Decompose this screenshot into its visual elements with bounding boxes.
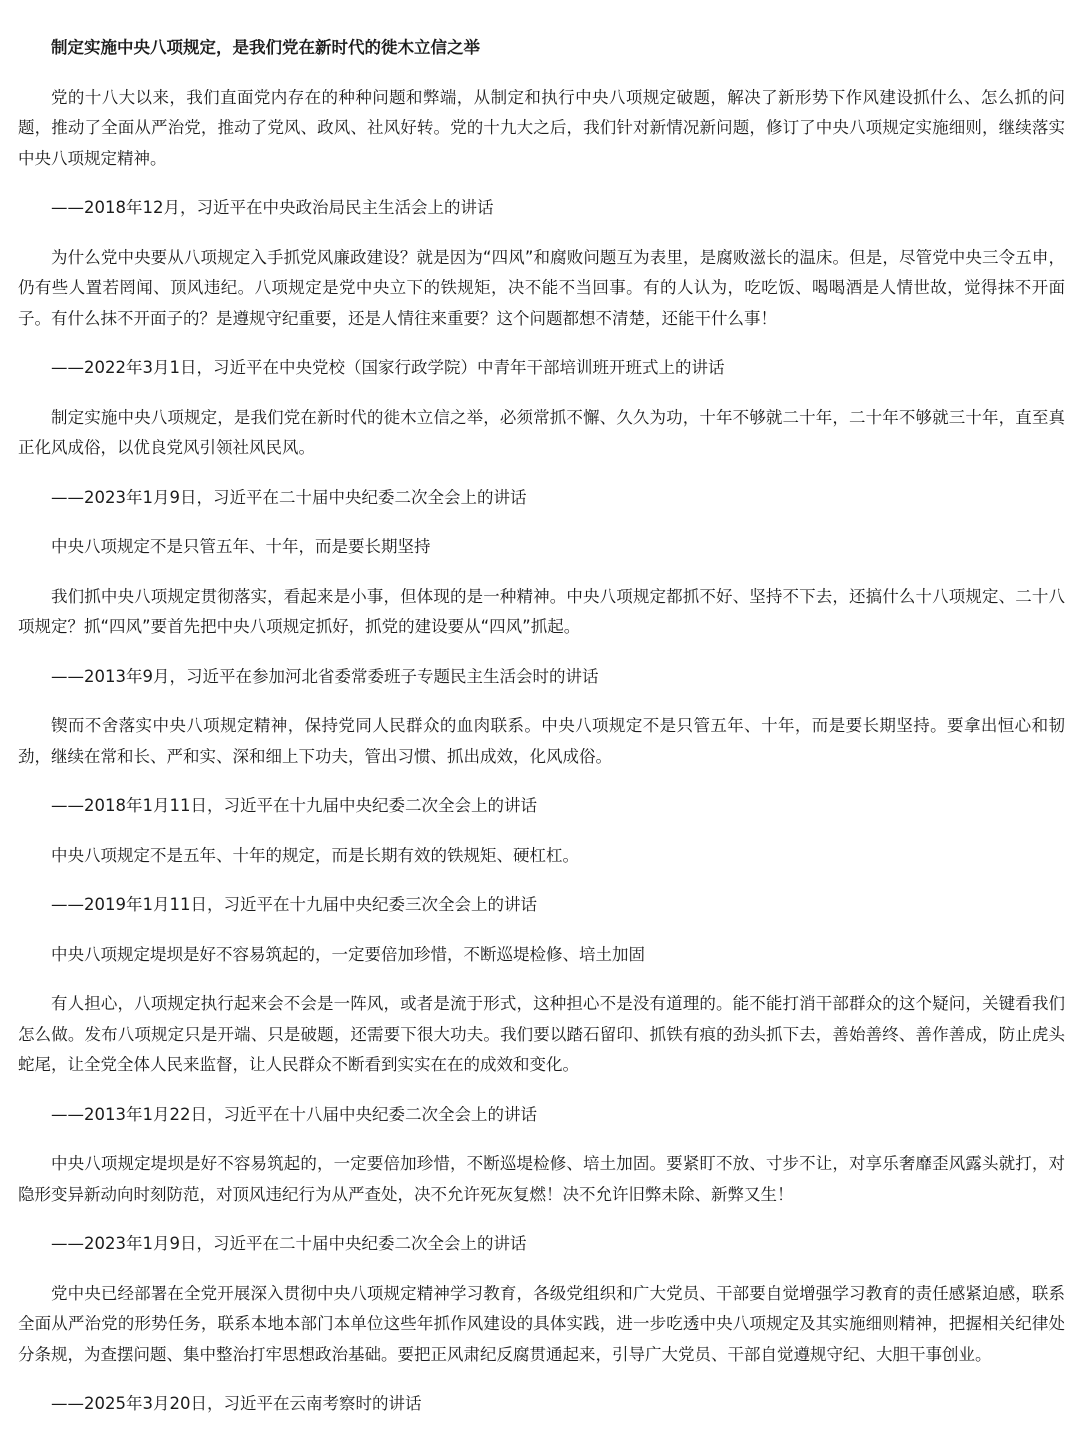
section-subtitle: 中央八项规定不是只管五年、十年，而是要长期坚持	[18, 532, 1065, 563]
body-paragraph: 中央八项规定堤坝是好不容易筑起的，一定要倍加珍惜，不断巡堤检修、培土加固。要紧盯…	[18, 1149, 1065, 1210]
body-paragraph: 我们抓中央八项规定贯彻落实，看起来是小事，但体现的是一种精神。中央八项规定都抓不…	[18, 582, 1065, 643]
body-paragraph: 锲而不舍落实中央八项规定精神，保持党同人民群众的血肉联系。中央八项规定不是只管五…	[18, 711, 1065, 772]
body-paragraph: 中央八项规定不是五年、十年的规定，而是长期有效的铁规矩、硬杠杠。	[18, 841, 1065, 872]
quote-attribution: ——2019年1月11日，习近平在十九届中央纪委三次全会上的讲话	[18, 890, 1065, 921]
body-paragraph: 党的十八大以来，我们直面党内存在的种种问题和弊端，从制定和执行中央八项规定破题，…	[18, 83, 1065, 175]
quote-attribution: ——2025年3月20日，习近平在云南考察时的讲话	[18, 1389, 1065, 1420]
body-paragraph: 制定实施中央八项规定，是我们党在新时代的徙木立信之举，必须常抓不懈、久久为功，十…	[18, 403, 1065, 464]
body-paragraph: 为什么党中央要从八项规定入手抓党风廉政建设？就是因为“四风”和腐败问题互为表里，…	[18, 243, 1065, 335]
document-title: 制定实施中央八项规定，是我们党在新时代的徙木立信之举	[18, 33, 1065, 64]
quote-attribution: ——2013年1月22日，习近平在十八届中央纪委二次全会上的讲话	[18, 1100, 1065, 1131]
quote-attribution: ——2023年1月9日，习近平在二十届中央纪委二次全会上的讲话	[18, 1229, 1065, 1260]
section-subtitle: 中央八项规定堤坝是好不容易筑起的，一定要倍加珍惜，不断巡堤检修、培土加固	[18, 940, 1065, 971]
quote-attribution: ——2022年3月1日，习近平在中央党校（国家行政学院）中青年干部培训班开班式上…	[18, 353, 1065, 384]
body-paragraph: 有人担心，八项规定执行起来会不会是一阵风，或者是流于形式，这种担心不是没有道理的…	[18, 989, 1065, 1081]
body-paragraph: 党中央已经部署在全党开展深入贯彻中央八项规定精神学习教育，各级党组织和广大党员、…	[18, 1279, 1065, 1371]
document-page: 制定实施中央八项规定，是我们党在新时代的徙木立信之举 党的十八大以来，我们直面党…	[0, 0, 1074, 1432]
quote-attribution: ——2023年1月9日，习近平在二十届中央纪委二次全会上的讲话	[18, 483, 1065, 514]
quote-attribution: ——2018年12月，习近平在中央政治局民主生活会上的讲话	[18, 193, 1065, 224]
quote-attribution: ——2018年1月11日，习近平在十九届中央纪委二次全会上的讲话	[18, 791, 1065, 822]
quote-attribution: ——2013年9月，习近平在参加河北省委常委班子专题民主生活会时的讲话	[18, 662, 1065, 693]
